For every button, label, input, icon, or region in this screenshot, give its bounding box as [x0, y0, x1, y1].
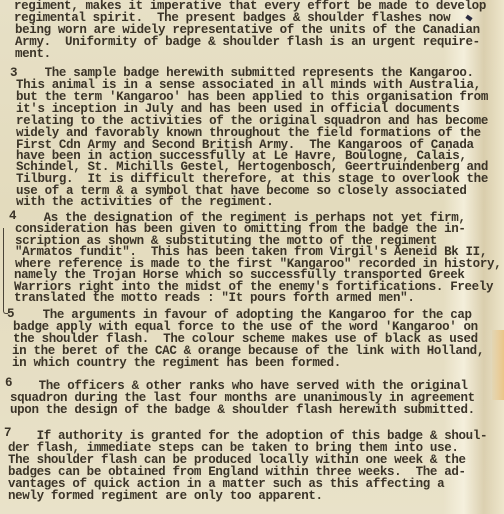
text-line: upon the design of the badge & shoulder …	[10, 405, 475, 417]
margin-bracket-mark	[3, 228, 8, 314]
text-line: in which country the regiment has been f…	[12, 358, 341, 370]
text-line: with the activities of the regiment.	[16, 197, 273, 209]
text-line: translated the motto reads : "It pours f…	[14, 293, 414, 305]
paper-edge-shadow	[492, 330, 504, 400]
text-line: Army. Uniformity of badge & shoulder fla…	[15, 37, 480, 49]
text-line: newly formed regiment are only too appar…	[8, 491, 323, 503]
text-line: ment.	[15, 49, 51, 61]
